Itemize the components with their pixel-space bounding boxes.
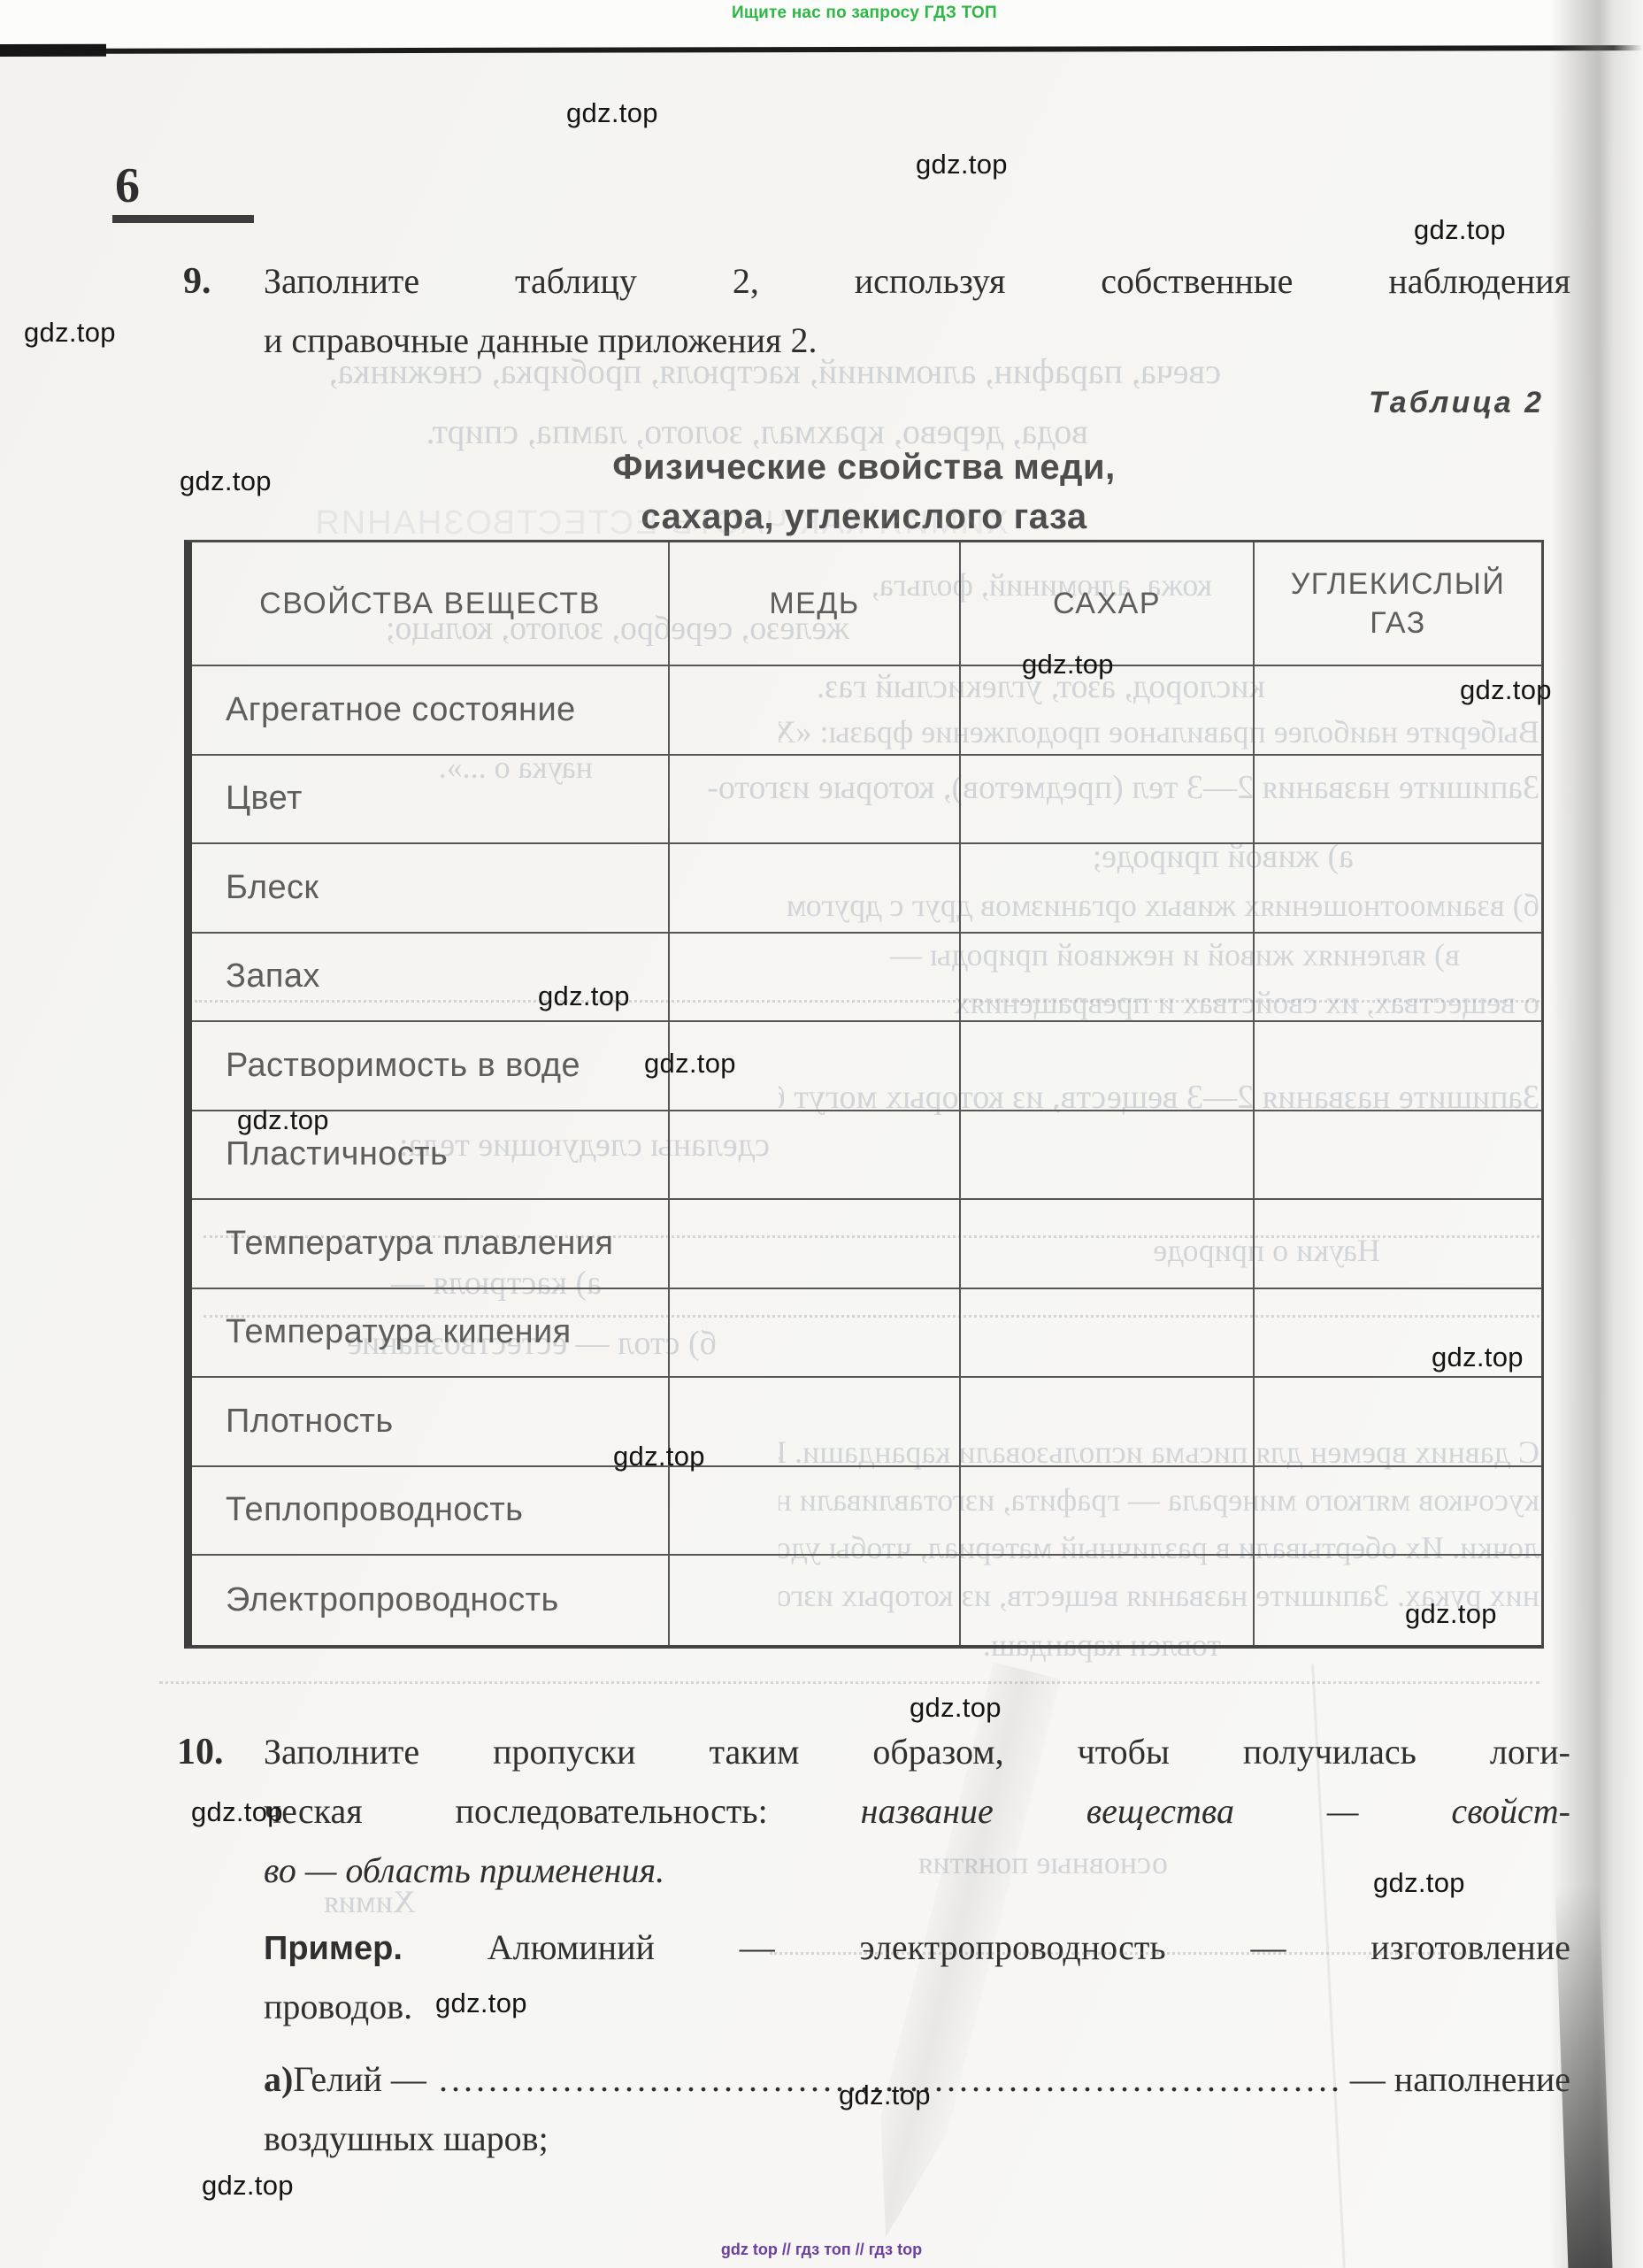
bleedthrough-text: Химия [221,1883,416,1920]
table-header-cell-2: МЕДЬ [670,542,961,666]
table-empty-cell [961,1289,1255,1379]
table-empty-cell [961,756,1255,845]
task-10-line-2: ческая последовательность: название веще… [264,1790,1570,1833]
task-9-line-1: Заполните таблицу 2, используя собственн… [264,260,1570,303]
table-row-label-8: Температура кипения [192,1289,670,1379]
table-header-cell-1: СВОЙСТВА ВЕЩЕСТВ [192,542,670,666]
table-empty-cell [961,1022,1255,1111]
gdz-watermark: gdz.top [24,317,116,349]
page-number: 6 [115,158,140,214]
item-a-label: а) [264,2058,293,2101]
table-empty-cell [670,1111,961,1201]
gdz-watermark: gdz.top [1373,1867,1465,1899]
table-empty-cell [670,1200,961,1289]
table-empty-cell [961,1111,1255,1201]
table-empty-cell [670,844,961,934]
bleedthrough-rule [159,1681,1539,1684]
table-empty-cell [670,1556,961,1645]
table-empty-cell [1255,934,1541,1023]
table-empty-cell [1255,1022,1541,1111]
gdz-watermark: gdz.top [435,1987,527,2019]
properties-table: СВОЙСТВА ВЕЩЕСТВМЕДЬСАХАРУГЛЕКИСЛЫЙ ГАЗА… [184,540,1544,1649]
gdz-watermark: gdz.top [1460,674,1552,706]
table-header-cell-4: УГЛЕКИСЛЫЙ ГАЗ [1255,542,1541,666]
table-empty-cell [961,1467,1255,1557]
task-10-line-2-normal: ческая последовательность: [264,1791,861,1831]
table-empty-cell [670,1289,961,1379]
bleedthrough-rule [770,1952,1478,1955]
gdz-watermark: gdz.top [237,1104,329,1136]
gdz-watermark: gdz.top [180,465,272,497]
gdz-watermark: gdz.top [202,2170,294,2202]
gdz-watermark: gdz.top [910,1692,1002,1724]
table-row-label-10: Теплопроводность [192,1467,670,1557]
table-empty-cell [670,666,961,756]
gdz-watermark: gdz.top [644,1048,736,1080]
example-rest: Алюминий — электропроводность — изготовл… [488,1927,1570,1967]
table-empty-cell [961,1200,1255,1289]
gdz-watermark: gdz.top [839,2080,931,2111]
gdz-watermark: gdz.top [916,149,1008,181]
scanned-workbook-page: Ищите нас по запросу ГДЗ ТОП 6 9. Заполн… [0,0,1643,2268]
item-a-suffix: — наполнение [1350,2058,1570,2101]
gdz-watermark: gdz.top [1405,1598,1497,1630]
properties-table-grid: СВОЙСТВА ВЕЩЕСТВМЕДЬСАХАРУГЛЕКИСЛЫЙ ГАЗА… [192,542,1541,1645]
table-empty-cell [1255,1378,1541,1467]
gdz-watermark: gdz.top [566,97,658,129]
gdz-watermark: gdz.top [1414,214,1506,246]
bleedthrough-text: свеча, парафин, алюминий, кастрюля, проб… [203,350,1221,392]
table-empty-cell [961,1556,1255,1645]
gdz-watermark: gdz.top [613,1441,705,1472]
example-label: Пример. [264,1930,403,1967]
table-empty-cell [961,934,1255,1023]
item-a-prefix: Гелий — [293,2058,426,2101]
table-row-label-3: Блеск [192,844,670,934]
bleedthrough-text: вода, дерево, крахмал, золото, лампа, сп… [265,411,1088,452]
table-row-label-11: Электропроводность [192,1556,670,1645]
gdz-watermark: gdz.top [538,980,630,1012]
task-9-number: 9. [183,260,211,303]
table-empty-cell [670,934,961,1023]
example-line-1: Пример. Алюминий — электропроводность — … [264,1926,1570,1970]
table-empty-cell [961,1378,1255,1467]
table-header-cell-3: САХАР [961,542,1255,666]
table-empty-cell [670,756,961,845]
table-row-label-2: Цвет [192,756,670,845]
gdz-watermark: gdz.top [1432,1342,1524,1373]
task-10-number: 10. [177,1731,224,1773]
gdz-watermark: gdz.top [191,1796,283,1828]
task-10-line-1: Заполните пропуски таким образом, чтобы … [264,1731,1570,1773]
table-empty-cell [1255,844,1541,934]
table-empty-cell [1255,1556,1541,1645]
table-empty-cell [1255,1467,1541,1557]
table-empty-cell [1255,756,1541,845]
bleedthrough-text: ХИМИЯ КАК ЧАСТЬ ЕСТЕСТВОЗНАНИЯ [230,504,1009,542]
table-title-line-1: Физические свойства меди, [612,448,1115,487]
table-row-label-9: Плотность [192,1378,670,1467]
bleedthrough-text: основные понятия [672,1844,1168,1881]
promo-text: Ищите нас по запросу ГДЗ ТОП [732,4,997,23]
table-row-label-7: Температура плавления [192,1200,670,1289]
table-empty-cell [670,1467,961,1557]
table-row-label-5: Растворимость в воде [192,1022,670,1111]
table-caption: Таблица 2 [1234,386,1544,420]
table-empty-cell [1255,1111,1541,1201]
table-empty-cell [961,844,1255,934]
page-number-rule [112,215,254,223]
footer-text: gdz top // гдз топ // гдз top [0,2241,1643,2259]
table-empty-cell [1255,1200,1541,1289]
gdz-watermark: gdz.top [1022,649,1114,680]
table-empty-cell [670,1378,961,1467]
table-row-label-1: Агрегатное состояние [192,666,670,756]
